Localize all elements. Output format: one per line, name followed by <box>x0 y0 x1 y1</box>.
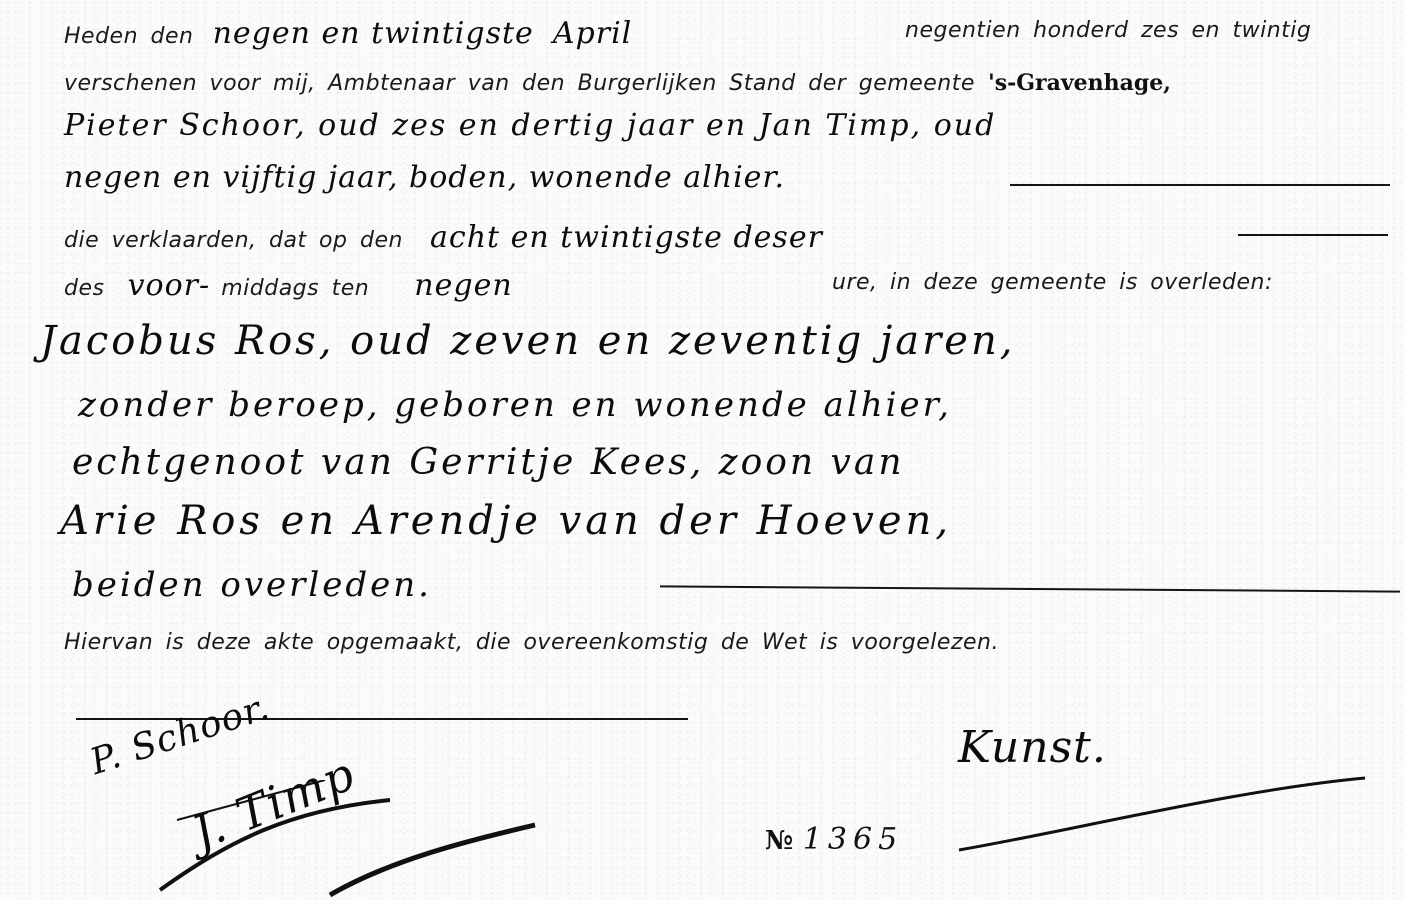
printed-overleden: ure, in deze gemeente is overleden: <box>832 270 1273 295</box>
signature-official-flourish <box>955 770 1375 860</box>
hand-declarant-1: Pieter Schoor, oud zes en dertig jaar en… <box>64 108 996 143</box>
hand-occupation: zonder beroep, geboren en wonende alhier… <box>78 385 952 425</box>
hand-day: negen en twintigste <box>213 16 534 51</box>
signature-official: Kunst. <box>958 722 1107 773</box>
hand-deceased-name: Jacobus Ros, oud zeven en zeventig jaren… <box>40 318 1015 364</box>
printed-middags: middags ten <box>221 276 369 301</box>
printed-verklaarden: die verklaarden, dat op den <box>64 228 403 253</box>
hand-voor: voor- <box>128 268 211 303</box>
signature-witness-1: P. Schoor. <box>85 687 274 783</box>
fill-rule <box>1010 184 1390 186</box>
line-time: des voor- middags ten negen <box>64 268 513 303</box>
fill-rule <box>660 585 1400 592</box>
printed-des: des <box>64 276 104 301</box>
hand-parents: Arie Ros en Arendje van der Hoeven, <box>60 498 952 544</box>
hand-hour: negen <box>414 268 512 303</box>
hand-month: April <box>553 16 632 51</box>
document-page: Heden den negen en twintigste April nege… <box>0 0 1404 900</box>
record-number-value: 1365 <box>803 822 903 857</box>
hand-declarant-2: negen en vijftig jaar, boden, wonende al… <box>64 160 785 195</box>
printed-year: negentien honderd zes en twintig <box>905 18 1311 43</box>
municipality-name: 's-Gravenhage, <box>988 70 1171 96</box>
printed-verschenen: verschenen voor mij, Ambtenaar van den B… <box>64 71 975 96</box>
line-verschenen: verschenen voor mij, Ambtenaar van den B… <box>64 70 1171 96</box>
record-number: № 1365 <box>765 822 903 857</box>
printed-heden: Heden den <box>64 24 193 49</box>
signature-witness-2-flourish <box>150 770 570 900</box>
fill-rule <box>1238 234 1388 236</box>
line-date: Heden den negen en twintigste April <box>64 16 632 51</box>
number-sign: № <box>765 826 793 856</box>
hand-death-day: acht en twintigste deser <box>430 220 823 255</box>
closing-statement: Hiervan is deze akte opgemaakt, die over… <box>64 630 999 655</box>
line-verklaarden: die verklaarden, dat op den acht en twin… <box>64 220 823 255</box>
hand-beiden-overleden: beiden overleden. <box>72 565 432 605</box>
hand-spouse: echtgenoot van Gerritje Kees, zoon van <box>72 442 905 483</box>
